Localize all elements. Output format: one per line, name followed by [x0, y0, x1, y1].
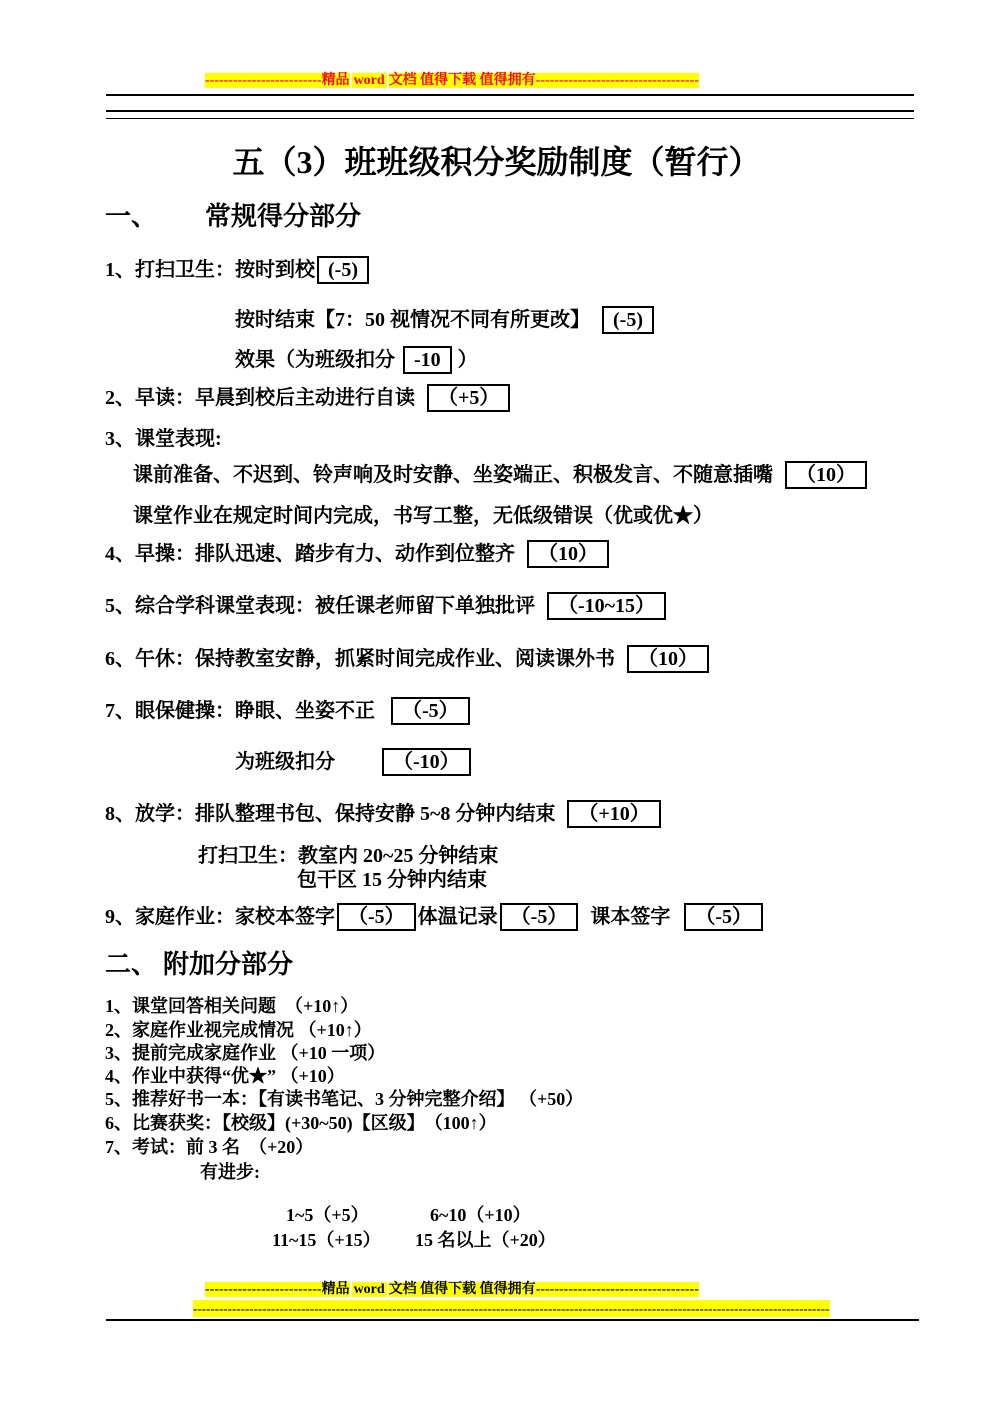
section2-number: 二、: [105, 950, 157, 979]
score-box: （10）: [785, 461, 867, 489]
item-text: 打扫卫生：教室内 20~25 分钟结束: [198, 845, 498, 867]
item-dismissal-cleaning2: 包干区 15 分钟内结束: [297, 867, 487, 894]
footer-rule: [106, 1319, 919, 1321]
item-clean-finish: 按时结束【7：50 视情况不同有所更改】(-5): [235, 306, 654, 334]
banner-word-text: word: [352, 73, 387, 88]
page-title: 五（3）班班级积分奖励制度（暂行）: [0, 142, 993, 182]
score-box: (-5): [602, 306, 654, 334]
item-dismissal: 8、放学：排队整理书包、保持安静 5~8 分钟内结束（+10）: [105, 800, 661, 828]
bonus-item-homework: 2、家庭作业视完成情况 （+10↑）: [105, 1019, 372, 1041]
bonus-item-contest: 6、比赛获奖：【校级】(+30~50)【区级】 （100↑）: [105, 1112, 497, 1134]
banner-brand-text: 精品: [322, 1282, 350, 1297]
score-box: （-10）: [382, 748, 471, 776]
score-box: -10: [403, 346, 452, 374]
item-text: 4、早操：排队迅速、踏步有力、动作到位整齐: [105, 543, 515, 565]
banner-brand-text: 精品: [322, 73, 350, 88]
item-class-performance: 3、课堂表现:: [105, 426, 222, 453]
item-homework-signing: 9、家庭作业：家校本签字（-5）体温记录（-5）课本签字（-5）: [105, 903, 763, 931]
item-text: 3、课堂表现:: [105, 428, 222, 450]
item-text: 按时结束【7：50 视情况不同有所更改】: [235, 309, 590, 331]
banner-tail-text: 文档 值得下载 值得拥有: [389, 73, 536, 88]
item-text: 6、午休：保持教室安静，抓紧时间完成作业、阅读课外书: [105, 648, 615, 670]
score-box: （10）: [527, 540, 609, 568]
progress-range-15up: 15 名以上（+20）: [415, 1229, 556, 1251]
score-box: （-5）: [391, 697, 470, 725]
item-other-subjects: 5、综合学科课堂表现：被任课老师留下单独批评（-10~15）: [105, 592, 666, 620]
top-promo-banner: -------------------------精品word文档 值得下载 值…: [205, 71, 699, 90]
item-text: 包干区 15 分钟内结束: [297, 869, 487, 891]
item-text: 5、综合学科课堂表现：被任课老师留下单独批评: [105, 595, 535, 617]
score-box: （-5）: [684, 903, 763, 931]
item-clean-arrive: 1、打扫卫生：按时到校(-5): [105, 256, 369, 284]
score-box: （10）: [627, 645, 709, 673]
item-text: 1、打扫卫生：按时到校: [105, 259, 315, 281]
item-dismissal-cleaning1: 打扫卫生：教室内 20~25 分钟结束: [198, 843, 498, 870]
item-eye-exercise-class-deduct: 为班级扣分（-10）: [235, 748, 471, 776]
item-eye-exercise: 7、眼保健操：睁眼、坐姿不正（-5）: [105, 697, 470, 725]
bonus-item-exam: 7、考试：前 3 名 （+20）: [105, 1136, 313, 1158]
bonus-item-book: 5、推荐好书一本：【有读书笔记、3 分钟完整介绍】 （+50）: [105, 1088, 583, 1110]
banner-dashes-right: -----------------------------------: [536, 73, 699, 88]
score-box: (-5): [317, 256, 369, 284]
item-text: 7、眼保健操：睁眼、坐姿不正: [105, 700, 375, 722]
progress-range-1-5: 1~5（+5）: [286, 1204, 369, 1226]
bottom-dash-band: ----------------------------------------…: [193, 1300, 830, 1317]
item-morning-reading: 2、早读：早晨到校后主动进行自读（+5）: [105, 384, 510, 412]
score-box: （-5）: [500, 903, 579, 931]
section1-label: 常规得分部分: [205, 202, 361, 231]
section1-heading: 一、常规得分部分: [105, 200, 361, 234]
bottom-promo-banner: -------------------------精品word文档 值得下载 值…: [205, 1280, 699, 1299]
item-noon-break: 6、午休：保持教室安静，抓紧时间完成作业、阅读课外书（10）: [105, 645, 709, 673]
section1-number: 一、: [105, 202, 157, 231]
section2-heading: 二、附加分部分: [105, 948, 293, 982]
bonus-item-progress: 有进步:: [200, 1161, 260, 1183]
header-rule-single: [106, 94, 914, 96]
item-clean-effect: 效果（为班级扣分-10）: [235, 346, 478, 374]
item-class-performance-detail1: 课前准备、不迟到、铃声响及时安静、坐姿端正、积极发言、不随意插嘴（10）: [133, 461, 867, 489]
banner-dashes-right: -----------------------------------: [536, 1282, 699, 1297]
banner-word-text: word: [352, 1282, 387, 1297]
bonus-item-early: 3、提前完成家庭作业 （+10 一项）: [105, 1042, 385, 1064]
item-class-performance-detail2: 课堂作业在规定时间内完成，书写工整，无低级错误（优或优★）: [133, 503, 713, 530]
score-box: （-5）: [337, 903, 416, 931]
score-box: （-10~15）: [547, 592, 666, 620]
progress-range-11-15: 11~15（+15）: [272, 1229, 381, 1251]
item-text: 9、家庭作业：家校本签字: [105, 906, 335, 928]
item-text: 效果（为班级扣分: [235, 349, 395, 371]
bonus-item-answer: 1、课堂回答相关问题 （+10↑）: [105, 995, 358, 1017]
section2-label: 附加分部分: [163, 950, 293, 979]
score-box: （+10）: [567, 800, 660, 828]
item-text: 课前准备、不迟到、铃声响及时安静、坐姿端正、积极发言、不随意插嘴: [133, 464, 773, 486]
item-text: 为班级扣分: [235, 751, 335, 773]
banner-dashes-left: -------------------------: [205, 73, 322, 88]
item-text: 2、早读：早晨到校后主动进行自读: [105, 387, 415, 409]
header-rule-double: [106, 110, 914, 119]
document-page: -------------------------精品word文档 值得下载 值…: [0, 0, 993, 1404]
item-text: 课堂作业在规定时间内完成，书写工整，无低级错误（优或优★）: [133, 505, 713, 527]
banner-dashes-left: -------------------------: [205, 1282, 322, 1297]
item-text: 课本签字: [590, 906, 670, 928]
item-morning-exercise: 4、早操：排队迅速、踏步有力、动作到位整齐（10）: [105, 540, 609, 568]
progress-range-6-10: 6~10（+10）: [430, 1204, 531, 1226]
score-box: （+5）: [427, 384, 510, 412]
bonus-item-star: 4、作业中获得“优★” （+10）: [105, 1065, 345, 1087]
item-text: ）: [458, 349, 478, 371]
item-text: 体温记录: [418, 906, 498, 928]
item-text: 8、放学：排队整理书包、保持安静 5~8 分钟内结束: [105, 803, 555, 825]
banner-tail-text: 文档 值得下载 值得拥有: [389, 1282, 536, 1297]
